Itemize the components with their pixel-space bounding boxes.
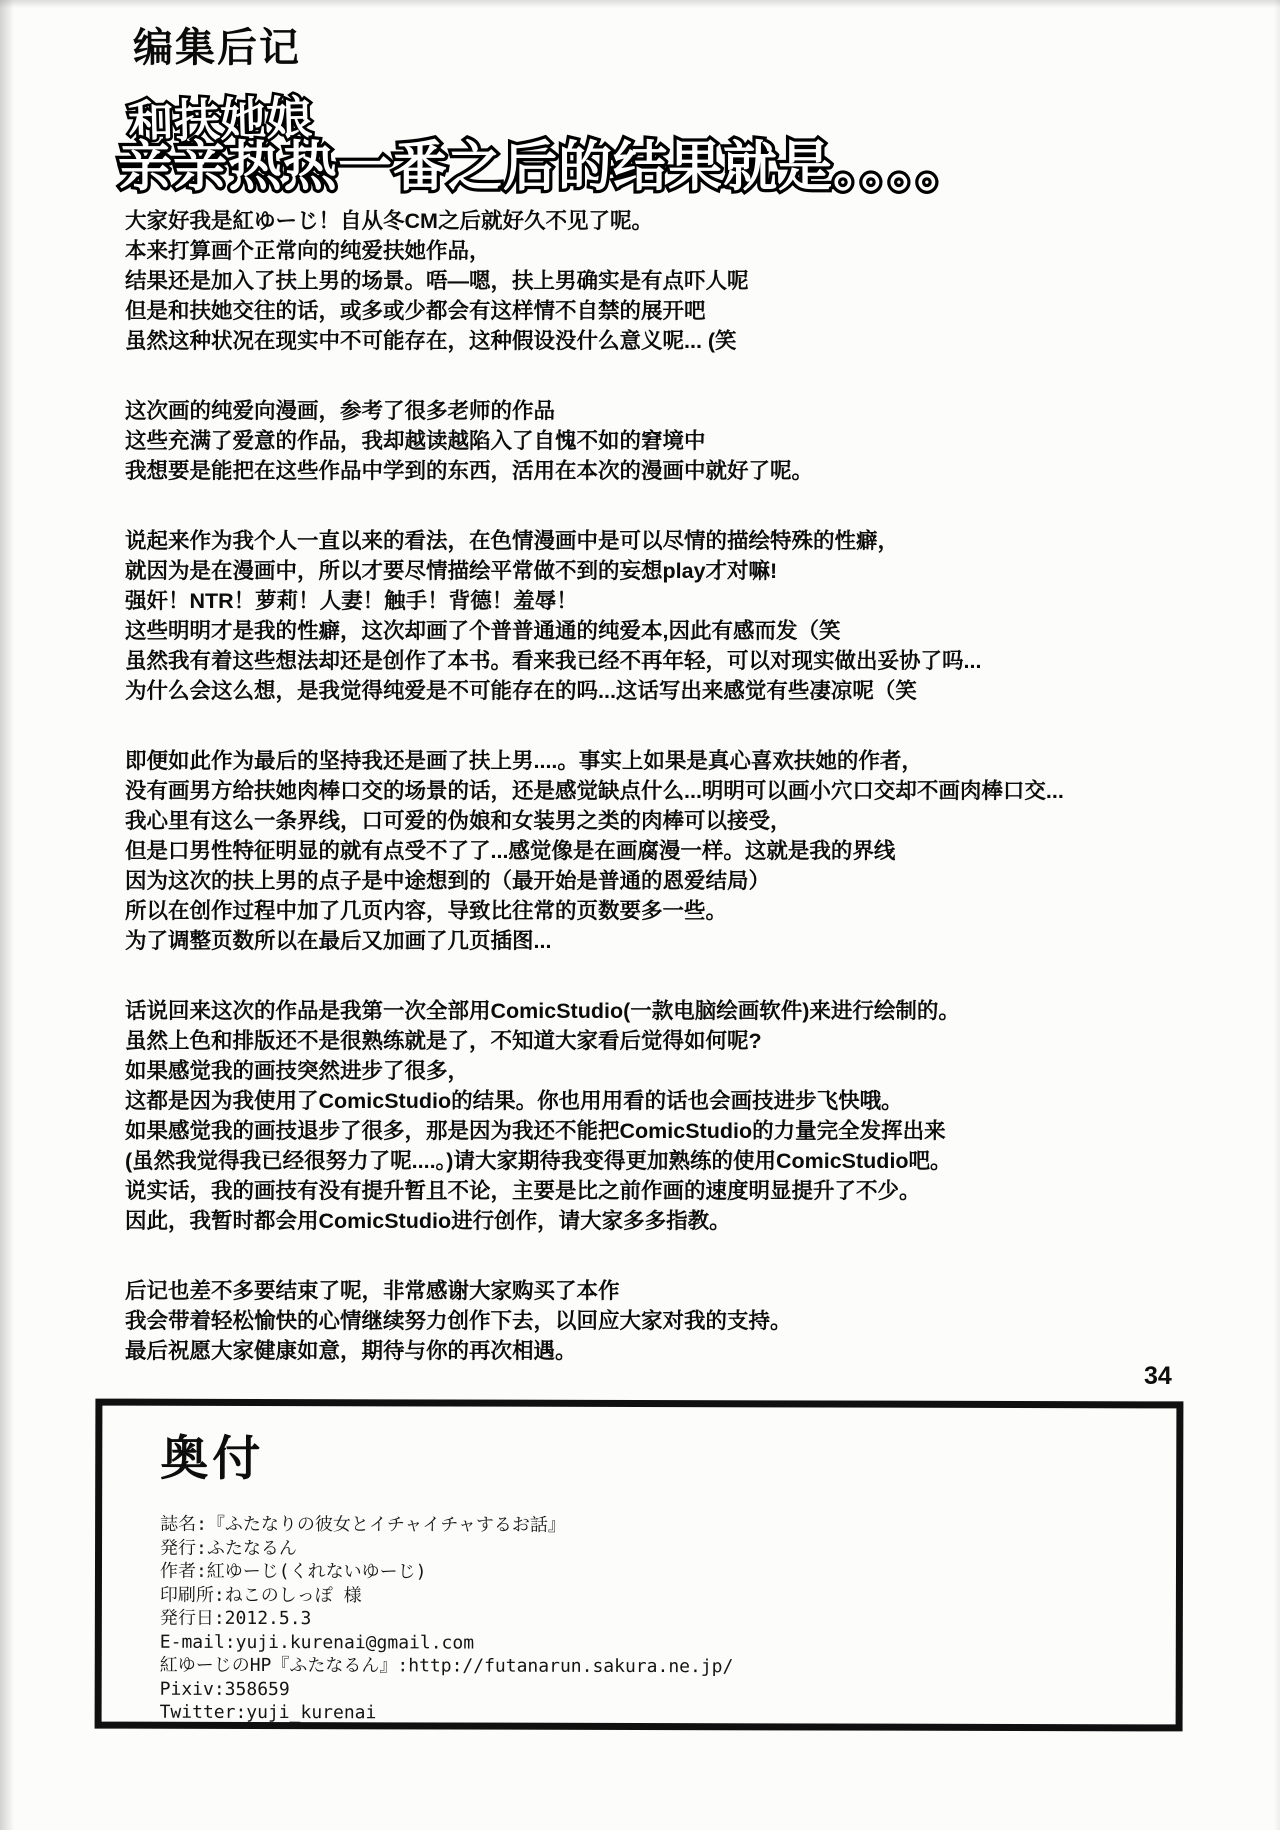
colophon-title: 奥付 [160,1420,1176,1492]
afterword-page: 编集后记 和扶她娘 亲亲热热一番之后的结果就是。。。。 大家好我是紅ゆーじ！自从… [0,0,1280,1830]
afterword-paragraph-1: 大家好我是紅ゆーじ！自从冬CM之后就好久不见了呢。 本来打算画个正常向的纯爱扶她… [125,206,1200,356]
page-title: 编集后记 [133,16,301,73]
afterword-paragraph-6: 后记也差不多要结束了呢，非常感谢大家购买了本作 我会带着轻松愉快的心情继续努力创… [125,1276,1200,1366]
colophon-box: 奥付 誌名:『ふたなりの彼女とイチャイチャするお話』 発行:ふたなるん 作者:紅… [95,1399,1184,1732]
afterword-paragraph-5: 话说回来这次的作品是我第一次全部用ComicStudio(一款电脑绘画软件)来进… [125,996,1200,1236]
afterword-paragraph-2: 这次画的纯爱向漫画，参考了很多老师的作品 这些充满了爱意的作品，我却越读越陷入了… [125,396,1200,486]
page-number: 34 [1144,1362,1172,1391]
afterword-body: 大家好我是紅ゆーじ！自从冬CM之后就好久不见了呢。 本来打算画个正常向的纯爱扶她… [125,206,1200,1406]
colophon-entries: 誌名:『ふたなりの彼女とイチャイチャするお話』 発行:ふたなるん 作者:紅ゆーじ… [160,1513,1177,1727]
afterword-paragraph-4: 即便如此作为最后的坚持我还是画了扶上男....。事实上如果是真心喜欢扶她的作者，… [125,746,1200,956]
stylized-title: 亲亲热热一番之后的结果就是。。。。 [118,124,972,201]
afterword-paragraph-3: 说起来作为我个人一直以来的看法，在色情漫画中是可以尽情的描绘特殊的性癖， 就因为… [125,526,1200,706]
